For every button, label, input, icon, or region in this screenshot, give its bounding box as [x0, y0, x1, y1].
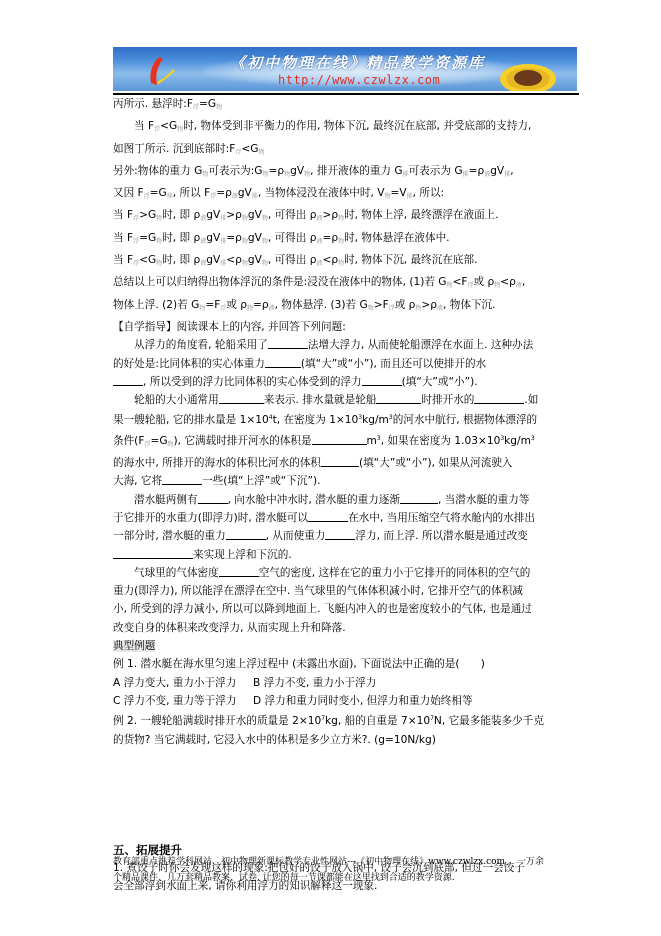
text-line: 改变自身的体积来改变浮力, 从而实现上升和降落. [113, 619, 579, 637]
fill-blank[interactable] [400, 492, 438, 504]
fill-blank[interactable] [265, 356, 301, 368]
header-banner: 《初中物理在线》精品教学资源库 http://www.czwlzx.com [113, 47, 577, 91]
example-2-question: 例 2. 一艘轮船满载时排开水的质量是 2×107kg, 船的自重是 7×107… [113, 710, 579, 730]
option-d[interactable]: D 浮力和重力同时变小, 但浮力和重力始终相等 [253, 695, 473, 707]
document-body: 丙所示. 悬浮时:F浮=G物 当 F浮<G物时, 物体受到非平衡力的作用, 物体… [113, 95, 579, 896]
fill-blank[interactable] [376, 392, 421, 404]
text-line: 丙所示. 悬浮时:F浮=G物 [113, 95, 579, 117]
fill-blank[interactable] [219, 565, 259, 577]
fill-blank[interactable] [312, 433, 367, 445]
banner-title: 《初中物理在线》精品教学资源库 [230, 52, 485, 73]
text-line: 当 F浮=G物时, 即 ρ液gV排=ρ物gV物, 可得出 ρ液=ρ物时, 物体悬… [113, 229, 579, 251]
fill-blank[interactable] [219, 392, 264, 404]
example-1-question: 例 1. 潜水艇在海水里匀速上浮过程中 (未露出水面), 下面说法中正确的是( … [113, 655, 579, 673]
text-line: 物体上浮. (2)若 G物=F浮或 ρ物=ρ液, 物体悬浮. (3)若 G物>F… [113, 296, 579, 318]
footer-line: 教育部重点推荐学科网站、初中物理新课标教学专业性网站---《初中物理在线》www… [113, 854, 583, 870]
option-b[interactable]: B 浮力不变, 重力小于浮力 [253, 677, 376, 689]
text-line: 潜水艇两侧有, 向水舱中冲水时, 潜水艇的重力逐渐, 当潜水艇的重力等 [113, 491, 579, 509]
fill-blank[interactable] [113, 374, 143, 386]
page-footer: 教育部重点推荐学科网站、初中物理新课标教学专业性网站---《初中物理在线》www… [113, 854, 583, 886]
text-line: 大海, 它将一些(填“上浮”或“下沉”). [113, 472, 579, 490]
banner-url[interactable]: http://www.czwlzx.com [278, 73, 440, 87]
fill-blank[interactable] [198, 492, 228, 504]
text-line: , 所以受到的浮力比同体积的实心体受到的浮力(填“大”或“小”). [113, 373, 579, 391]
text-line: 来实现上浮和下沉的. [113, 546, 579, 564]
option-c[interactable]: C 浮力不变, 重力等于浮力 [113, 692, 253, 710]
examples-heading: 典型例题 [113, 637, 579, 655]
text-line: 重力(即浮力), 所以能浮在漂浮在空中. 当气球里的气体体积减小时, 它排开空气… [113, 582, 579, 600]
option-a[interactable]: A 浮力变大, 重力小于浮力 [113, 674, 253, 692]
fill-blank[interactable] [268, 337, 308, 349]
text-line: 总结以上可以归纳得出物体浮沉的条件是:浸没在液体中的物体, (1)若 G物<F浮… [113, 273, 579, 295]
example-2-question-cont: 的货物? 当它满载时, 它浸入水中的体积是多少立方米?. (g=10N/kg) [113, 731, 579, 749]
text-line: 另外:物体的重力 G物可表示为:G物=ρ物gV物, 排开液体的重力 G排可表示为… [113, 162, 579, 184]
text-line: 的海水中, 所排开的海水的体积比河水的体积(填“大”或“小”), 如果从河流驶入 [113, 454, 579, 472]
text-line: 于它排开的水重力(即浮力)时, 潜水艇可以在水中, 当用压缩空气将水舱内的水排出 [113, 509, 579, 527]
fill-blank[interactable] [308, 510, 348, 522]
answer-space [113, 749, 579, 841]
text-line: 从浮力的角度看, 轮船采用了法增大浮力, 从而使轮船漂浮在水面上. 这种办法 [113, 336, 579, 354]
text-line: 一部分时, 潜水艇的重力, 从而使重力浮力, 而上浮. 所以潜水艇是通过改变 [113, 527, 579, 545]
text-line: 如图丁所示. 沉到底部时:F浮<G物 [113, 140, 579, 162]
document-page: 《初中物理在线》精品教学资源库 http://www.czwlzx.com 丙所… [113, 47, 579, 896]
fill-blank[interactable] [226, 528, 266, 540]
example-1-options-row: A 浮力变大, 重力小于浮力B 浮力不变, 重力小于浮力 [113, 674, 579, 692]
sunflower-icon [498, 59, 558, 91]
text-line: 气球里的气体密度空气的密度, 这样在它的重力小于它排开的同体积的空气的 [113, 564, 579, 582]
text-line: 当 F浮<G物时, 物体受到非平衡力的作用, 物体下沉, 最终沉在底部, 并受底… [113, 117, 579, 139]
fill-blank[interactable] [362, 374, 402, 386]
fill-blank[interactable] [162, 473, 202, 485]
text-line: 当 F浮<G物时, 即 ρ液gV排<ρ物gV物, 可得出 ρ液<ρ物时, 物体下… [113, 251, 579, 273]
text-line: 又因 F浮=G排, 所以 F浮=ρ液gV排, 当物体浸没在液体中时, V物=V排… [113, 184, 579, 206]
footer-line: 个精品课件、几万套精品教案、试卷, 让您的每一节课都能在这里找到合适的教学资源. [113, 870, 583, 886]
fill-blank[interactable] [325, 528, 355, 540]
text-line: 的好处是:比同体积的实心体重力(填“大”或“小”), 而且还可以使排开的水 [113, 355, 579, 373]
example-1-options-row: C 浮力不变, 重力等于浮力D 浮力和重力同时变小, 但浮力和重力始终相等 [113, 692, 579, 710]
fill-blank[interactable] [321, 455, 359, 467]
text-line: 小, 所受到的浮力减小, 所以可以降到地面上. 飞艇内冲入的也是密度较小的气体,… [113, 600, 579, 618]
fill-blank[interactable] [474, 392, 524, 404]
text-line: 当 F浮>G物时, 即 ρ液gV排>ρ物gV物, 可得出 ρ液>ρ物时, 物体上… [113, 206, 579, 228]
fill-blank[interactable] [113, 547, 193, 559]
site-logo-icon [143, 55, 183, 89]
text-line: 果一艘轮船, 它的排水量是 1×104t, 在密度为 1×103kg/m3的河水… [113, 409, 579, 429]
text-line: 条件(F浮=G物), 它满载时排开河水的体积是m3, 如果在密度为 1.03×1… [113, 430, 579, 454]
guide-heading: 【自学指导】阅读课本上的内容, 并回答下列问题: [113, 318, 579, 336]
text-line: 轮船的大小通常用来表示. 排水量就是轮船时排开水的.如 [113, 391, 579, 409]
